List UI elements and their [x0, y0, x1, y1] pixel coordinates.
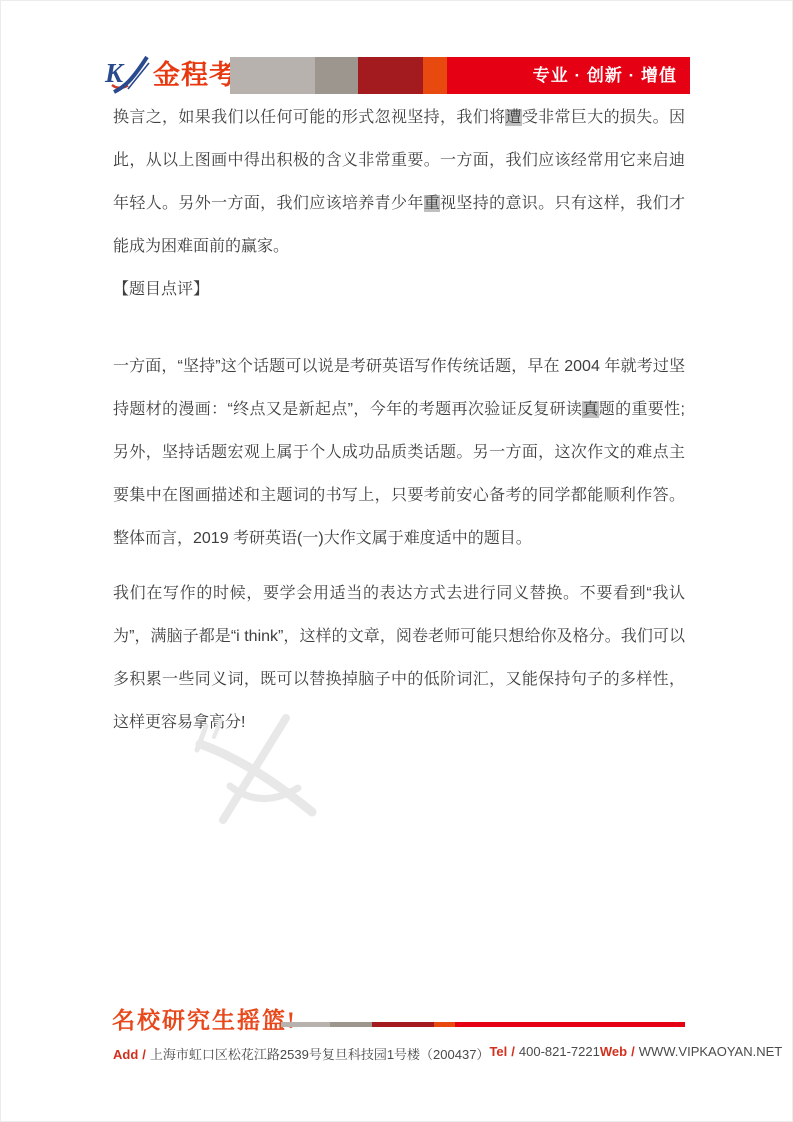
highlighted-text: 真	[582, 401, 598, 418]
contact-label: Tel	[489, 1044, 507, 1059]
banner-slogan: 专业 · 创新 · 增值	[447, 57, 690, 94]
contact-value: WWW.VIPKAOYAN.NET	[639, 1044, 783, 1059]
footer-slogan: 名校研究生摇篮!	[112, 1002, 297, 1035]
color-segment	[455, 1022, 685, 1027]
highlighted-text: 遭	[505, 109, 521, 126]
contact-value: 400-821-7221	[519, 1044, 600, 1059]
contact-separator: /	[631, 1044, 635, 1059]
text-run: 【题目点评】	[113, 281, 209, 298]
contact-value: 上海市虹口区松花江路2539号复旦科技园1号楼（200437）	[150, 1047, 490, 1062]
contact-item-web: Web/WWW.VIPKAOYAN.NET	[600, 1044, 782, 1063]
color-segment	[330, 1022, 372, 1027]
document-body: 换言之，如果我们以任何可能的形式忽视坚持，我们将遭受非常巨大的损失。因此，从以上…	[113, 96, 685, 744]
text-run: 题的重要性;另外，坚持话题宏观上属于个人成功品质类话题。另一方面，这次作文的难点…	[113, 401, 685, 547]
document-page: K 金程考研 专业 · 创新 · 增值 换言之，如果我们以任何可能的形式忽视坚持…	[0, 0, 793, 1122]
contact-item-tel: Tel/400-821-7221	[489, 1044, 599, 1063]
contact-label: Web	[600, 1044, 627, 1059]
header-banner: 专业 · 创新 · 增值	[230, 57, 690, 94]
text-run: 换言之，如果我们以任何可能的形式忽视坚持，我们将	[113, 109, 505, 126]
color-segment	[434, 1022, 455, 1027]
footer-divider	[281, 1022, 685, 1027]
color-segment	[372, 1022, 434, 1027]
color-segment	[315, 57, 358, 94]
color-segment	[358, 57, 423, 94]
contact-separator: /	[511, 1044, 515, 1059]
color-segment	[230, 57, 315, 94]
svg-text:K: K	[104, 58, 125, 88]
color-segment: 专业 · 创新 · 增值	[447, 57, 690, 94]
contact-label: Add	[113, 1047, 138, 1062]
paragraph: 换言之，如果我们以任何可能的形式忽视坚持，我们将遭受非常巨大的损失。因此，从以上…	[113, 96, 685, 268]
footer-contacts: Add/上海市虹口区松花江路2539号复旦科技园1号楼（200437）Tel/4…	[113, 1044, 685, 1063]
text-run: 我们在写作的时候，要学会用适当的表达方式去进行同义替换。不要看到“我认为”，满脑…	[113, 585, 685, 731]
paragraph: 一方面，“坚持”这个话题可以说是考研英语写作传统话题，早在 2004 年就考过坚…	[113, 345, 685, 560]
section-heading: 【题目点评】	[113, 268, 685, 311]
color-segment	[423, 57, 447, 94]
color-segment	[281, 1022, 330, 1027]
highlighted-text: 重	[424, 195, 440, 212]
contact-item-add: Add/上海市虹口区松花江路2539号复旦科技园1号楼（200437）	[113, 1044, 489, 1063]
paragraph: 我们在写作的时候，要学会用适当的表达方式去进行同义替换。不要看到“我认为”，满脑…	[113, 572, 685, 744]
kcy-logo-icon: K	[104, 54, 152, 96]
contact-separator: /	[142, 1047, 146, 1062]
